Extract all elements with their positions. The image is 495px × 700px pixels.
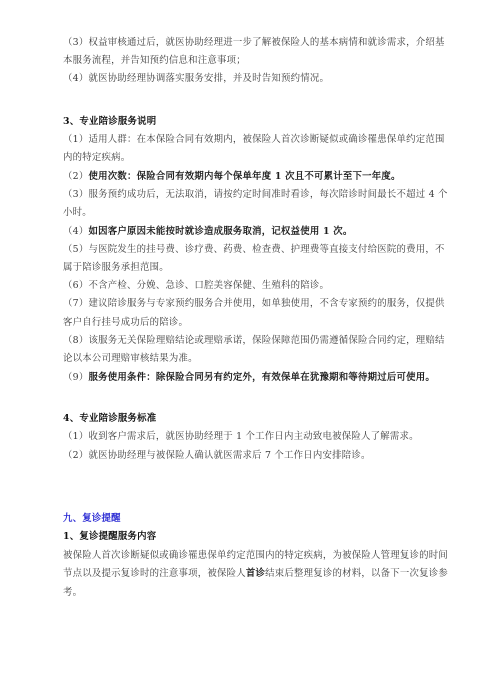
paragraph-line: 节点以及提示复诊时的注意事项，被保险人首诊结束后整理复诊的材料，以备下一次复诊参 [63, 568, 448, 580]
paragraph-line: （2）就医协助经理与被保险人确认就医需求后 7 个工作日内安排陪诊。 [63, 450, 371, 462]
bold-text: 服务使用条件：除保险合同另有约定外，有效保单在犹豫期和等待期过后可使用。 [88, 372, 435, 383]
item-prefix: （9） [63, 372, 88, 383]
bold-text: 首诊 [246, 568, 265, 579]
paragraph-line: （2）使用次数：保险合同有效期内每个保单年度 1 次且不可累计至下一年度。 [63, 171, 401, 183]
paragraph-line: 本服务流程，并告知预约信息和注意事项； [63, 55, 246, 67]
paragraph-line: 小时。 [63, 207, 92, 219]
paragraph-line: （8）该服务无关保险理赔结论或理赔承诺，保险保障范围仍需遵循保险合同约定，理赔结 [63, 335, 445, 347]
bold-text: 使用次数：保险合同有效期内每个保单年度 1 次且不可累计至下一年度。 [88, 171, 400, 182]
text-span: 结束后整理复诊的材料，以备下一次复诊参 [265, 568, 448, 579]
paragraph-line: （1）适用人群：在本保险合同有效期内，被保险人首次诊断疑似或确诊罹患保单约定范围 [63, 134, 445, 146]
paragraph-line: （6）不含产检、分娩、急诊、口腔美容保健、生殖科的陪诊。 [63, 280, 329, 292]
paragraph-line: 论以本公司理赔审核结果为准。 [63, 353, 198, 365]
chapter-title: 九、复诊提醒 [63, 513, 121, 525]
section-heading: 1、复诊提醒服务内容 [63, 531, 156, 543]
paragraph-line: （9）服务使用条件：除保险合同另有约定外，有效保单在犹豫期和等待期过后可使用。 [63, 372, 435, 384]
paragraph-line: （1）收到客户需求后，就医协助经理于 1 个工作日内主动致电被保险人了解需求。 [63, 431, 419, 443]
section-heading: 4、专业陪诊服务标准 [63, 413, 156, 425]
paragraph-line: （4）就医协助经理协调落实服务安排，并及时告知预约情况。 [63, 73, 329, 85]
paragraph-line: 考。 [63, 587, 82, 599]
paragraph-line: 被保险人首次诊断疑似或确诊罹患保单约定范围内的特定疾病，为被保险人管理复诊的时间 [63, 550, 448, 562]
paragraph-line: （4）如因客户原因未能按时就诊造成服务取消，记权益使用 1 次。 [63, 226, 353, 238]
paragraph-line: （3）权益审核通过后，就医协助经理进一步了解被保险人的基本病情和就诊需求，介绍基 [63, 37, 445, 49]
paragraph-line: （5）与医院发生的挂号费、诊疗费、药费、检查费、护理费等直接支付给医院的费用，不 [63, 244, 445, 256]
paragraph-line: （7）建议陪诊服务与专家预约服务合并使用，如单独使用，不含专家预约的服务，仅提供 [63, 298, 445, 310]
paragraph-line: 客户自行挂号成功后的陪诊。 [63, 317, 188, 329]
paragraph-line: （3）服务预约成功后，无法取消，请按约定时间准时看诊，每次陪诊时间最长不超过 4… [63, 189, 448, 201]
paragraph-line: 内的特定疾病。 [63, 152, 130, 164]
text-span: 节点以及提示复诊时的注意事项，被保险人 [63, 568, 246, 579]
item-prefix: （4） [63, 226, 88, 237]
bold-text: 如因客户原因未能按时就诊造成服务取消，记权益使用 1 次。 [88, 226, 352, 237]
section-heading: 3、专业陪诊服务说明 [63, 116, 156, 128]
paragraph-line: 属于陪诊服务承担范围。 [63, 262, 169, 274]
item-prefix: （2） [63, 171, 88, 182]
